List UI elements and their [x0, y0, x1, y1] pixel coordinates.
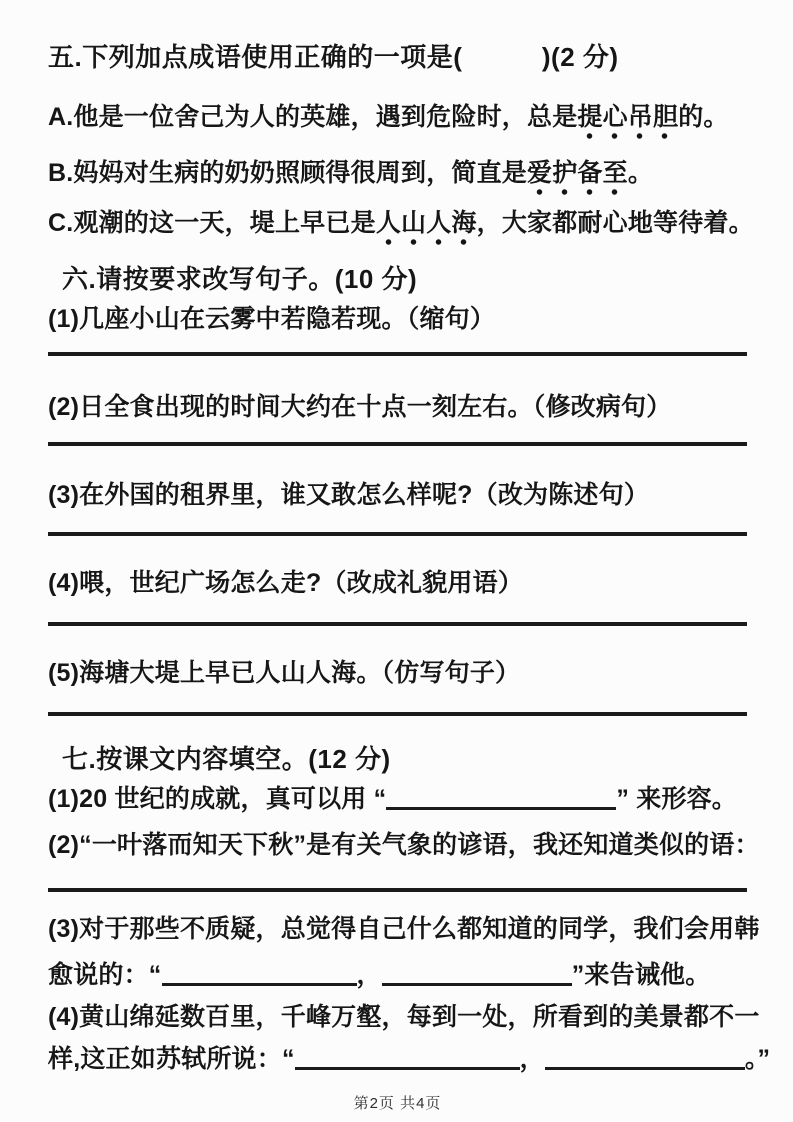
option-b-emphasized-idiom: 爱护备至 — [527, 159, 628, 196]
question-7-3-prefix: 愈说的：“ — [48, 961, 162, 989]
question-7-3-line1: (3)对于那些不质疑，总觉得自己什么都知道的同学，我们会用韩 — [48, 912, 747, 946]
question-7-4-separator: ， — [520, 1045, 545, 1073]
inline-blank-7-4-b — [545, 1049, 745, 1070]
answer-line-6-3 — [48, 532, 747, 536]
option-c-suffix: ，大家都耐心地等待着。 — [477, 209, 754, 237]
answer-line-6-1 — [48, 352, 747, 356]
question-6-1: (1)几座小山在云雾中若隐若现。（缩句） — [48, 302, 747, 336]
question-7-4-prefix: 样,这正如苏轼所说：“ — [48, 1045, 295, 1073]
option-b-suffix: 。 — [628, 159, 653, 187]
section5-heading: 五.下列加点成语使用正确的一项是( )(2 分) — [48, 40, 747, 74]
option-a-emphasized-idiom: 提心吊胆 — [577, 103, 678, 140]
inline-blank-7-3-a — [162, 965, 357, 986]
question-7-1: (1)20 世纪的成就，真可以用 “” 来形容。 — [48, 782, 747, 816]
question-7-2: (2)“一叶落而知天下秋”是有关气象的谚语，我还知道类似的语： — [48, 828, 747, 862]
option-a-suffix: 的。 — [678, 103, 728, 131]
question-6-5: (5)海塘大堤上早已人山人海。（仿写句子） — [48, 656, 747, 690]
section7-heading: 七.按课文内容填空。(12 分) — [48, 742, 747, 776]
option-c-emphasized-idiom: 人山人海 — [376, 209, 477, 246]
question-7-1-prefix: (1)20 世纪的成就，真可以用 “ — [48, 785, 386, 813]
option-a: A.他是一位舍己为人的英雄，遇到危险时，总是提心吊胆的。 — [48, 100, 747, 134]
inline-blank-7-1 — [386, 789, 616, 810]
question-6-2: (2)日全食出现的时间大约在十点一刻左右。（修改病句） — [48, 390, 747, 424]
answer-line-7-2 — [48, 888, 747, 892]
answer-line-6-5 — [48, 712, 747, 716]
question-7-1-suffix: ” 来形容。 — [616, 785, 737, 813]
question-7-3-separator: ， — [357, 961, 382, 989]
question-7-4-suffix: 。” — [745, 1045, 770, 1073]
inline-blank-7-4-a — [295, 1049, 520, 1070]
page-footer: 第2页 共4页 — [48, 1092, 747, 1113]
option-c-prefix: C.观潮的这一天，堤上早已是 — [48, 209, 376, 237]
section6-heading: 六.请按要求改写句子。(10 分) — [48, 262, 747, 296]
option-c: C.观潮的这一天，堤上早已是人山人海，大家都耐心地等待着。 — [48, 206, 747, 240]
option-b: B.妈妈对生病的奶奶照顾得很周到，简直是爱护备至。 — [48, 156, 747, 190]
answer-line-6-2 — [48, 442, 747, 446]
option-b-prefix: B.妈妈对生病的奶奶照顾得很周到，简直是 — [48, 159, 527, 187]
question-7-4-line2: 样,这正如苏轼所说：“，。” — [48, 1042, 747, 1076]
question-6-3: (3)在外国的租界里，谁又敢怎么样呢?（改为陈述句） — [48, 478, 747, 512]
question-7-3-line2: 愈说的：“，”来告诫他。 — [48, 958, 747, 992]
option-a-prefix: A.他是一位舍己为人的英雄，遇到危险时，总是 — [48, 103, 577, 131]
inline-blank-7-3-b — [382, 965, 572, 986]
answer-line-6-4 — [48, 622, 747, 626]
question-7-3-suffix: ”来告诫他。 — [572, 961, 711, 989]
exam-page: 五.下列加点成语使用正确的一项是( )(2 分) A.他是一位舍己为人的英雄，遇… — [0, 0, 793, 1122]
question-6-4: (4)喂，世纪广场怎么走?（改成礼貌用语） — [48, 566, 747, 600]
question-7-4-line1: (4)黄山绵延数百里，千峰万壑，每到一处，所看到的美景都不一 — [48, 1000, 747, 1034]
